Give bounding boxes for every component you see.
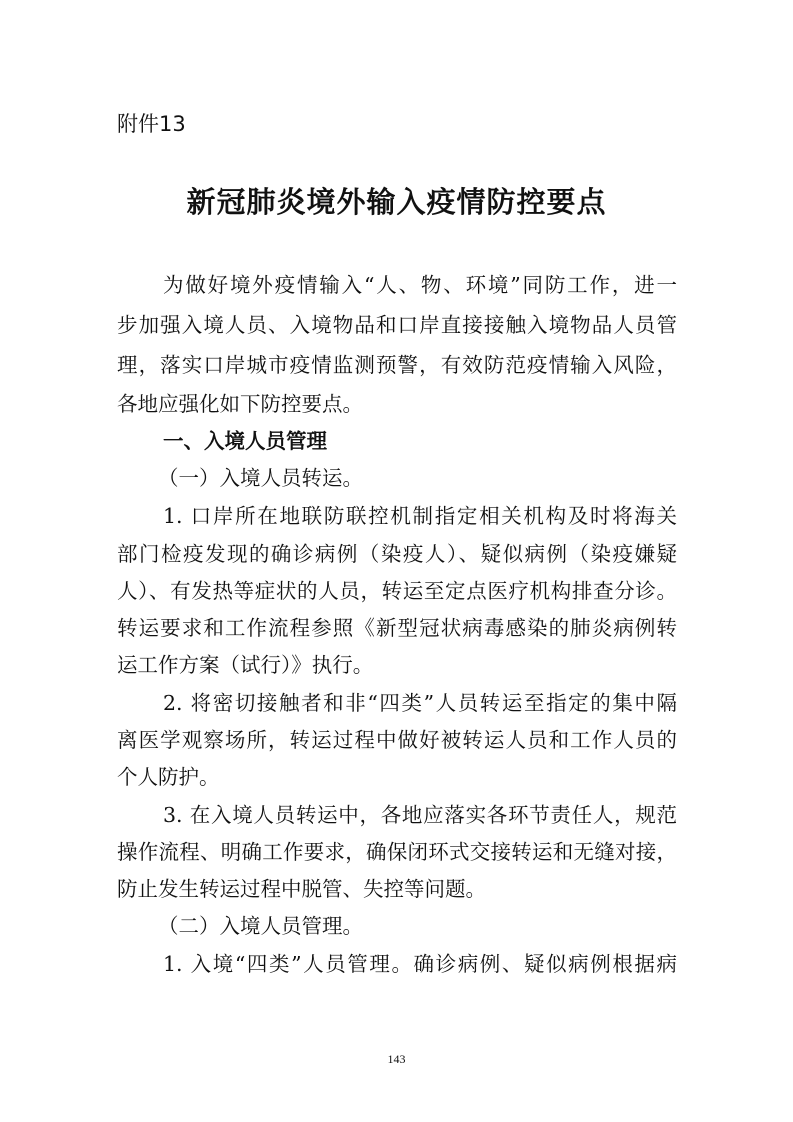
paragraph-line: 3. 在入境人员转运中，各地应落实各环节责任人，规范 <box>163 800 677 830</box>
paragraph-line: 2. 将密切接触者和非“四类”人员转运至指定的集中隔 <box>163 688 677 718</box>
paragraph-line: 个人防护。 <box>117 762 677 792</box>
paragraph-line: 理，落实口岸城市疫情监测预警，有效防范疫情输入风险， <box>117 350 677 380</box>
document-title: 新冠肺炎境外输入疫情防控要点 <box>0 180 793 221</box>
section-heading: 一、入境人员管理 <box>163 426 677 456</box>
page-number: 143 <box>0 1052 793 1067</box>
attachment-label: 附件13 <box>117 108 186 138</box>
paragraph-line: 1. 入境“四类”人员管理。确诊病例、疑似病例根据病 <box>163 949 677 979</box>
paragraph-line: 转运要求和工作流程参照《新型冠状病毒感染的肺炎病例转 <box>117 613 677 643</box>
paragraph-line: 步加强入境人员、入境物品和口岸直接接触入境物品人员管 <box>117 310 677 340</box>
paragraph-line: 运工作方案（试行）》执行。 <box>117 650 677 680</box>
paragraph-line: 1. 口岸所在地联防联控机制指定相关机构及时将海关 <box>163 501 677 531</box>
paragraph-line: 离医学观察场所，转运过程中做好被转运人员和工作人员的 <box>117 725 677 755</box>
paragraph-line: 为做好境外疫情输入“人、物、环境”同防工作，进一 <box>163 270 677 300</box>
paragraph-line: 各地应强化如下防控要点。 <box>117 389 677 419</box>
document-page: 附件13 新冠肺炎境外输入疫情防控要点 为做好境外疫情输入“人、物、环境”同防工… <box>0 0 793 1122</box>
paragraph-line: 人）、有发热等症状的人员，转运至定点医疗机构排查分诊。 <box>117 576 677 606</box>
paragraph-line: 操作流程、明确工作要求，确保闭环式交接转运和无缝对接， <box>117 837 677 867</box>
paragraph-line: 防止发生转运过程中脱管、失控等问题。 <box>117 874 677 904</box>
paragraph-line: 部门检疫发现的确诊病例（染疫人）、疑似病例（染疫嫌疑 <box>117 539 677 569</box>
subsection-heading: （二）入境人员管理。 <box>158 911 672 941</box>
subsection-heading: （一）入境人员转运。 <box>158 463 672 493</box>
